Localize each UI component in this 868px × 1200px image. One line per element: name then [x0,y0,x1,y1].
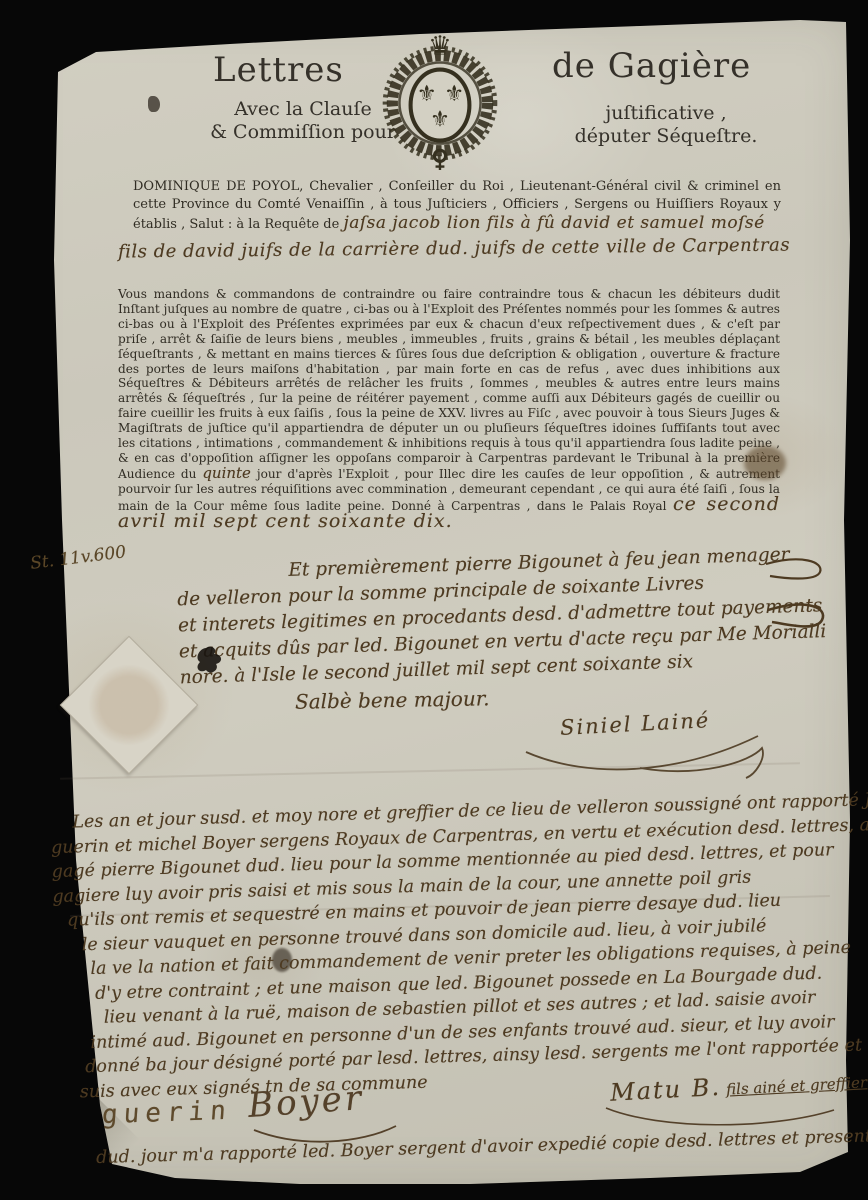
closing-formula: Salbè bene majour. [295,686,490,713]
pendant-cross-icon: ✚ [435,160,445,170]
subtitle-right: juſtificative , députer Séqueſtre. [556,102,776,148]
fleur-de-lis-icon: ⚜ [417,81,437,107]
intro-handwritten-names: jaſsa jacob lion fils à fû david et samu… [343,213,764,233]
title-right: de Gagière [552,46,751,86]
crown-icon: ♛ [428,31,452,61]
fleur-de-lis-icon: ⚜ [444,81,464,107]
body-handwritten-insert: quinte [202,464,251,482]
photograph-of-document: Lettres de Gagière Avec la Clauſe & Comm… [0,0,868,1200]
fleur-de-lis-icon: ⚜ [430,106,450,132]
subtitle-right-line1: juſtificative , [556,102,776,125]
handwritten-entry-block: Et premièrement pierre Bigounet à feu je… [176,543,780,692]
boyer-signature: Boyer [247,1078,366,1126]
royal-emblem: ♛ ⚜ ⚜ ⚜ ✚ [372,28,508,170]
clerk-signature-name: Matu B. [609,1073,721,1107]
small-stain [148,96,160,112]
intro-paragraph: DOMINIQUE DE POYOL, Chevalier , Conſeill… [133,178,781,234]
subtitle-right-line2: députer Séqueſtre. [556,125,776,148]
proces-verbal-block: Les an et jour susd. et moy nore et gref… [50,789,850,1105]
body-paragraph: Vous mandons & commandons de contraindre… [118,287,780,531]
guerin-signature: guerin [101,1096,233,1131]
brown-smudge [744,446,786,480]
title-left: Lettres [213,50,344,90]
body-printed-part1: Vous mandons & commandons de contraindre… [118,287,780,481]
